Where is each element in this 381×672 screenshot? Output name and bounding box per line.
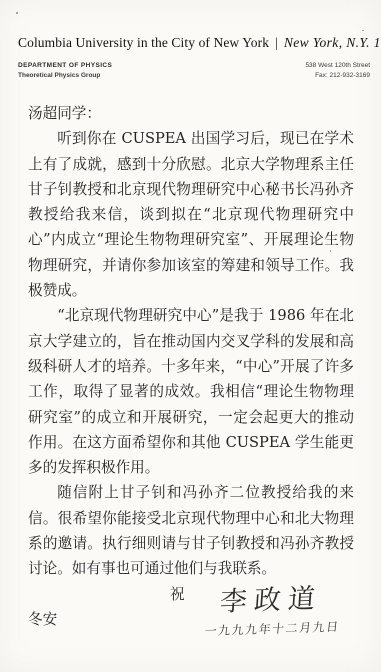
letterhead-top-line: Columbia University in the City of New Y… — [18, 35, 370, 52]
city-zip: New York, N.Y. 10027 — [284, 35, 381, 51]
scanned-letter-page: Columbia University in the City of New Y… — [0, 0, 381, 672]
group-name: Theoretical Physics Group — [18, 71, 112, 81]
letterhead-separator: | — [269, 36, 284, 52]
address-block: 538 West 120th Street Fax: 212-932-3169 — [305, 61, 370, 81]
paragraph-3: 随信附上甘子钊和冯孙齐二位教授给我的来信。很希望你能接受北京现代物理中心和北大物… — [28, 480, 354, 581]
handwritten-signature: 李政道 — [202, 576, 340, 620]
department-block: DEPARTMENT OF PHYSICS Theoretical Physic… — [18, 61, 112, 81]
scan-speck — [362, 30, 364, 31]
letter-body: 汤超同学： 听到你在 CUSPEA 出国学习后，现已在学术上有了成就，感到十分欣… — [28, 101, 354, 632]
salutation: 汤超同学： — [28, 101, 354, 126]
signature-block: 李政道 一九九九年十二月九日 — [203, 576, 340, 640]
university-name: Columbia University in the City of New Y… — [18, 35, 269, 51]
paragraph-2: “北京现代物理研究中心”是我于 1986 年在北京大学建立的，旨在推动国内交叉学… — [28, 303, 354, 480]
street-address: 538 West 120th Street — [305, 61, 370, 71]
letterhead-bottom: DEPARTMENT OF PHYSICS Theoretical Physic… — [18, 61, 370, 81]
handwritten-date: 一九九九年十二月九日 — [204, 618, 341, 640]
fax-number: Fax: 212-932-3169 — [305, 71, 370, 81]
scan-speck — [16, 12, 18, 14]
paragraph-1: 听到你在 CUSPEA 出国学习后，现已在学术上有了成就，感到十分欣慰。北京大学… — [28, 126, 354, 303]
department-name: DEPARTMENT OF PHYSICS — [18, 61, 112, 71]
letterhead: Columbia University in the City of New Y… — [18, 35, 370, 81]
